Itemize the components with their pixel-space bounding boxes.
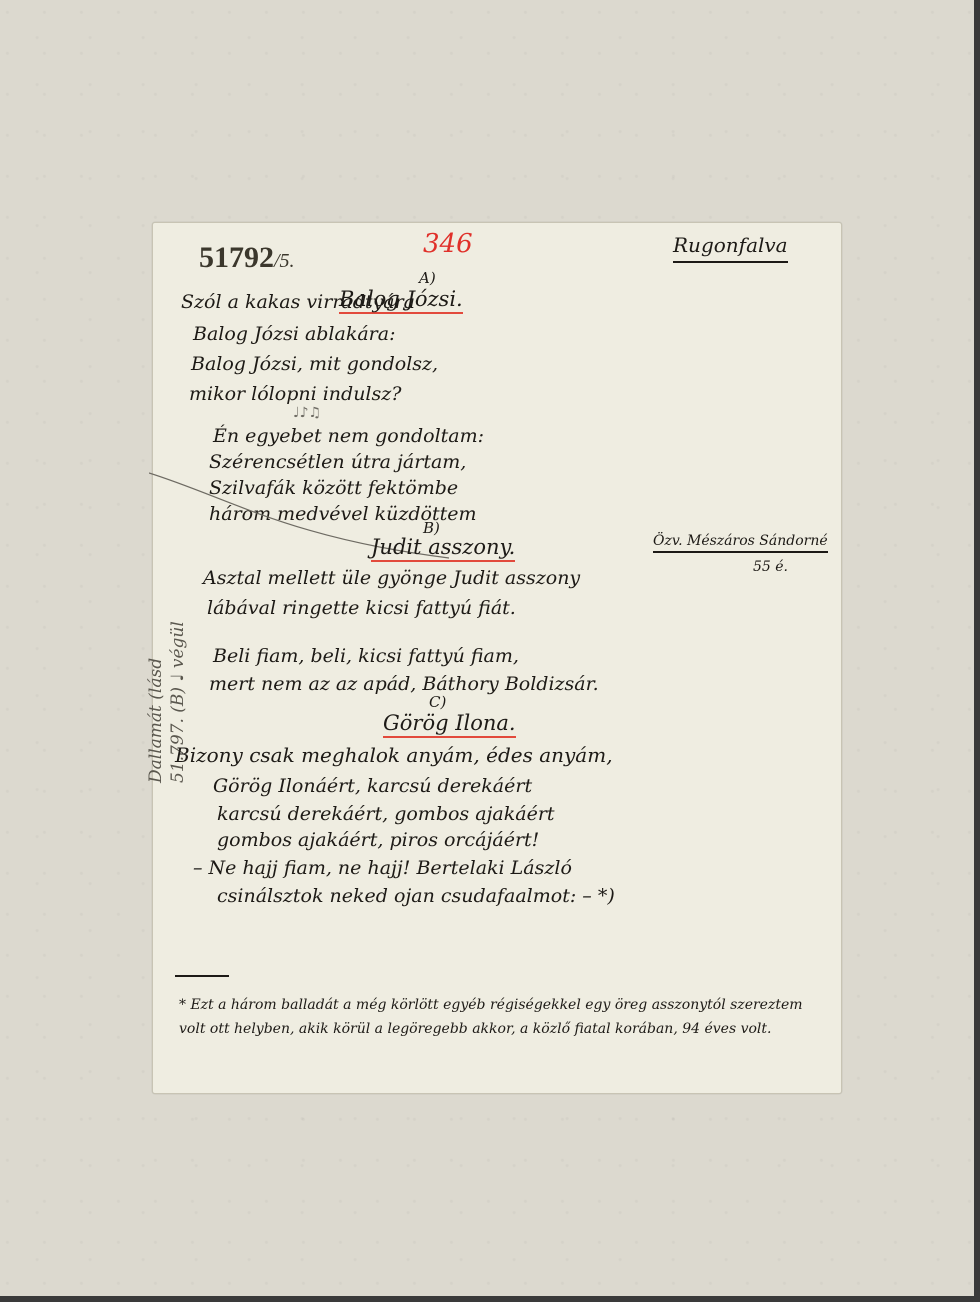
margin-note-line-1: Dallamát (lásd [145,621,167,783]
section-b-title: Judit asszony. [371,535,515,562]
section-a-line-4: mikor lólopni indulsz? [189,383,401,405]
section-c-label: C) [429,693,446,711]
section-a-line-1: Szól a kakas virradtyára [181,291,415,313]
section-b-line-4: mert nem az az apád, Báthory Boldizsár. [209,673,599,695]
section-c-line-2: Görög Ilonáért, karcsú derekáért [213,775,532,797]
section-a-line-3: Balog Józsi, mit gondolsz, [191,353,438,375]
footnote-text: * Ezt a három balladát a még körlött egy… [179,993,819,1041]
place-name: Rugonfalva [673,233,788,263]
section-b-line-3: Beli fiam, beli, kicsi fattyú fiam, [213,645,519,667]
stamp-suffix: /5. [274,250,295,272]
scan-edge-right [974,0,980,1302]
section-a-label: A) [419,269,436,287]
footnote-divider [175,975,229,977]
stamp-number: 51792 [199,241,274,274]
section-c-line-5: – Ne hajj fiam, ne hajj! Bertelaki Lászl… [193,857,572,879]
section-c-line-1: Bizony csak meghalok anyám, édes anyám, [175,743,613,767]
archive-stamp-number: 51792/5. [199,241,295,275]
section-c-line-3: karcsú derekáért, gombos ajakáért [217,803,555,825]
section-c-line-4: gombos ajakáért, piros orcájáért! [217,829,539,851]
informant-name: Özv. Mészáros Sándorné [653,533,828,553]
section-c-line-6: csinálsztok neked ojan csudafaalmot: – *… [217,885,615,907]
section-a-line-2: Balog Józsi ablakára: [193,323,396,345]
section-b-line-2: lábával ringette kicsi fattyú fiát. [207,597,516,619]
section-b-line-1: Asztal mellett üle gyönge Judit asszony [203,567,580,589]
manuscript-sheet: 51792/5. 346 Rugonfalva A) Balog Józsi. … [152,222,842,1094]
section-a-line-5: Én egyebet nem gondoltam: [213,425,484,447]
scan-edge-bottom [0,1296,980,1302]
pencil-music-mark: ♩♪♫ [293,405,321,421]
informant-age: 55 é. [753,559,788,575]
red-page-number: 346 [423,229,473,259]
section-c-title: Görög Ilona. [383,711,516,738]
